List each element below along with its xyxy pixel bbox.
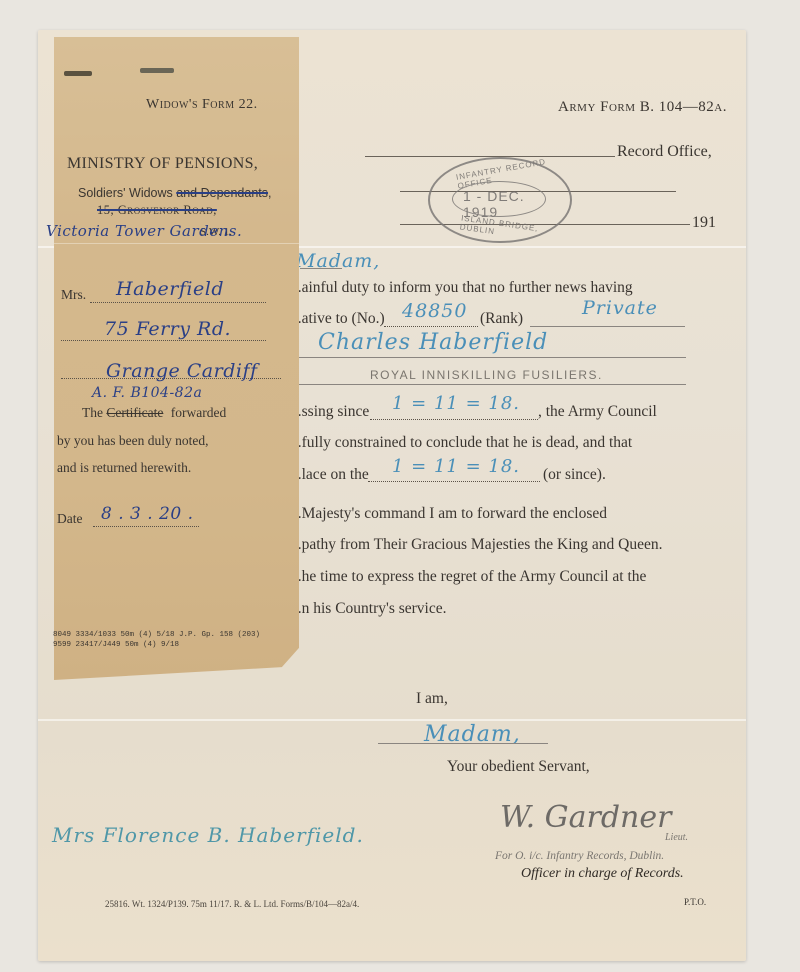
body-line-6a: ...lace on the [290, 466, 369, 484]
handwritten-address: Victoria Tower Gardens. [46, 222, 242, 240]
record-office-label: Record Office, [617, 143, 712, 161]
slip-date: 8 . 3 . 20 . [101, 504, 194, 524]
slip-codes-2: 9599 23417/J449 50m (4) 9/18 [53, 641, 179, 649]
soldier-name: Charles Haberfield [318, 330, 548, 355]
slip-street: 75 Ferry Rd. [104, 318, 231, 340]
officer-title: Officer in charge of Records. [521, 866, 684, 882]
army-form-number: Army Form B. 104—82a. [558, 99, 727, 116]
missing-since-line [370, 419, 538, 420]
mrs-label: Mrs. [61, 287, 86, 303]
stamp-inner-ring: 1 - DEC. 1919 [452, 181, 546, 217]
death-date-line [368, 481, 540, 482]
struck-dependants: and Dependants [176, 186, 268, 200]
name-dotted-line [90, 302, 266, 303]
regiment-stamp: ROYAL INNISKILLING FUSILIERS. [370, 368, 603, 382]
staple-hole [64, 71, 92, 76]
closing-i-am: I am, [416, 690, 448, 708]
missing-since-date: 1 = 11 = 18. [392, 393, 520, 414]
body-line-1: ...ainful duty to inform you that no fur… [290, 279, 633, 297]
body-line-5: ...fully constrained to conclude that he… [290, 434, 632, 452]
the-label: The [82, 405, 103, 420]
rank-value: Private [582, 297, 658, 319]
struck-address: 15, Grosvenor Road, [97, 203, 217, 218]
closing-obedient: Your obedient Servant, [447, 758, 590, 776]
officer-signature: W. Gardner [500, 800, 671, 835]
pensions-slip [54, 37, 299, 680]
closing-line [378, 743, 548, 744]
pto-label: P.T.O. [684, 897, 706, 907]
rank-label: (Rank) [480, 310, 523, 328]
slip-date-line [93, 526, 199, 527]
struck-certificate: Certificate [106, 405, 163, 420]
ministry-title: MINISTRY OF PENSIONS, [67, 155, 258, 173]
number-line [384, 326, 478, 327]
forwarded: forwarded [171, 405, 226, 420]
body-line-4b: , the Army Council [538, 403, 657, 421]
slip-line-2: by you has been duly noted, [57, 433, 208, 449]
body-line-8: ...pathy from Their Gracious Majesties t… [290, 536, 662, 554]
record-office-stamp: INFANTRY RECORD OFFICE 1 - DEC. 1919 ISL… [428, 157, 572, 243]
slip-line-3: and is returned herewith. [57, 460, 191, 476]
slip-fold [54, 243, 299, 244]
service-number: 48850 [402, 300, 467, 322]
rank-line [530, 326, 685, 327]
staple [140, 68, 174, 73]
printer-footer: 25816. Wt. 1324/P139. 75m 11/17. R. & L.… [105, 899, 359, 909]
slip-town: Grange Cardiff [106, 360, 258, 382]
for-officer-line: For O. i/c. Infantry Records, Dublin. [495, 850, 664, 862]
street-dotted-line [61, 340, 266, 341]
body-line-7: ...Majesty's command I am to forward the… [290, 505, 607, 523]
widows-form-number: Widow's Form 22. [146, 97, 258, 113]
body-line-4a: ...ssing since [290, 403, 369, 421]
body-line-9: ...he time to express the regret of the … [290, 568, 646, 586]
name-line [290, 357, 686, 358]
soldiers-widows: Soldiers' Widows [78, 186, 173, 200]
year-prefix: 191 [692, 214, 716, 232]
body-line-6b: (or since). [543, 466, 606, 484]
comma: , [268, 186, 271, 200]
slip-codes-1: 8049 3334/1033 50m (4) 5/18 J.P. Gp. 158… [53, 631, 260, 639]
body-line-2a: ...ative to (No.) [290, 310, 385, 328]
salutation-line [300, 268, 342, 269]
certificate-line: The Certificate forwarded [82, 405, 226, 421]
regiment-line [290, 384, 686, 385]
death-date: 1 = 11 = 18. [392, 456, 520, 477]
slip-surname: Haberfield [116, 278, 224, 300]
soldiers-widows-line: Soldiers' Widows and Dependants, [78, 186, 272, 200]
signature-rank: Lieut. [665, 832, 688, 843]
fold-line [38, 719, 746, 721]
date-label: Date [57, 511, 82, 527]
slip-reference: A. F. B104-82a [92, 385, 202, 401]
addressee-name: Mrs Florence B. Haberfield. [52, 823, 364, 847]
body-line-10: ...n his Country's service. [290, 600, 446, 618]
